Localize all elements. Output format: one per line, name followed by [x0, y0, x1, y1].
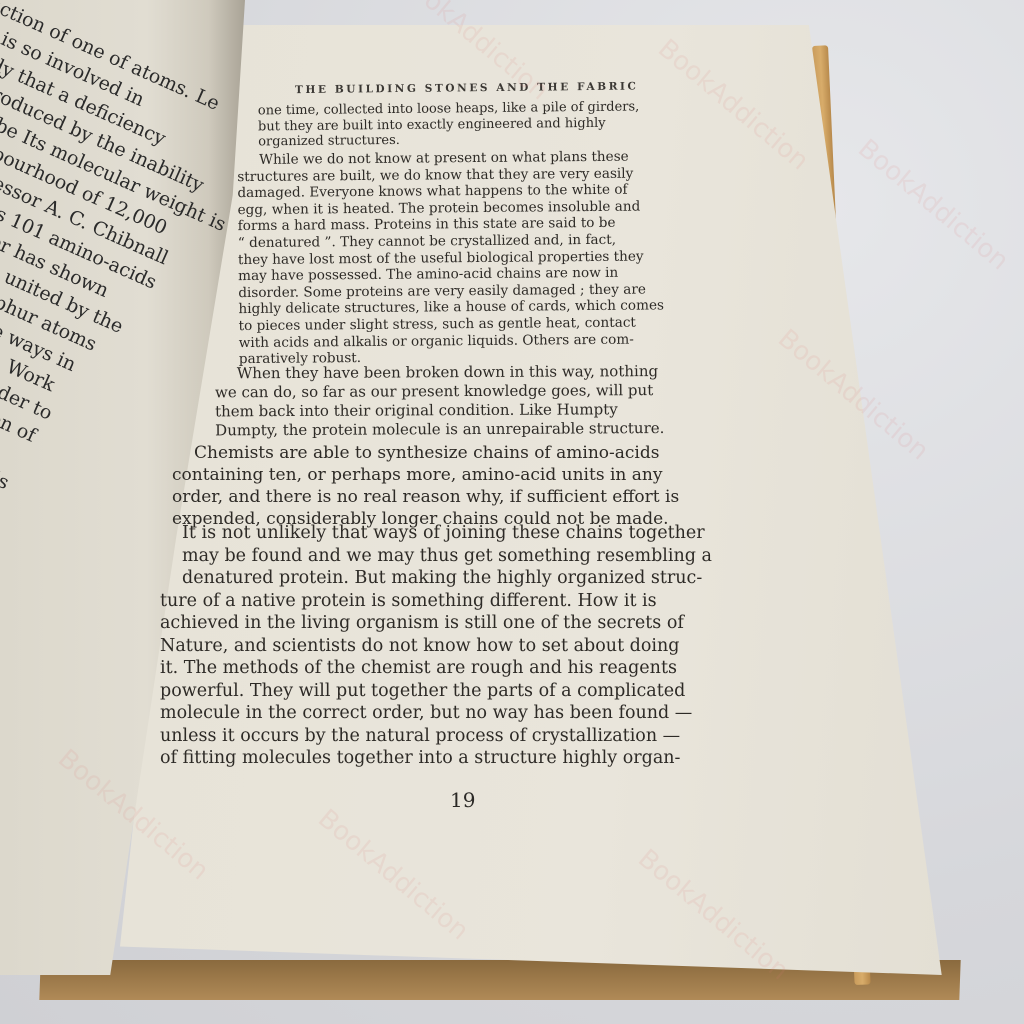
text-line: It is not unlikely that ways of joining … [160, 522, 760, 545]
paragraph-2: While we do not know at present on what … [237, 148, 719, 368]
paragraph-5: It is not unlikely that ways of joining … [160, 522, 760, 770]
text-line: Chemists are able to synthesize chains o… [172, 442, 747, 464]
text-line: denatured protein. But making the highly… [160, 567, 760, 590]
text-line: powerful. They will put together the par… [160, 680, 760, 703]
text-line: may be found and we may thus get somethi… [160, 545, 760, 568]
paragraph-3: When they have been broken down in this … [215, 362, 735, 441]
text-line: ture of a native protein is something di… [160, 590, 760, 613]
text-line: When they have been broken down in this … [215, 362, 735, 384]
text-line: Dumpty, the protein molecule is an unrep… [215, 419, 735, 441]
text-line: molecule in the correct order, but no wa… [160, 702, 760, 725]
text-line: it. The methods of the chemist are rough… [160, 657, 760, 680]
paragraph-1: one time, collected into loose heaps, li… [258, 99, 718, 151]
text-line: Nature, and scientists do not know how t… [160, 635, 760, 658]
page-number: 19 [450, 788, 475, 812]
text-line: containing ten, or perhaps more, amino-a… [172, 464, 747, 486]
text-line: unless it occurs by the natural process … [160, 725, 760, 748]
text-line: achieved in the living organism is still… [160, 612, 760, 635]
text-line: order, and there is no real reason why, … [172, 486, 747, 508]
paragraph-4: Chemists are able to synthesize chains o… [172, 442, 747, 530]
text-line: of fitting molecules together into a str… [160, 747, 760, 770]
